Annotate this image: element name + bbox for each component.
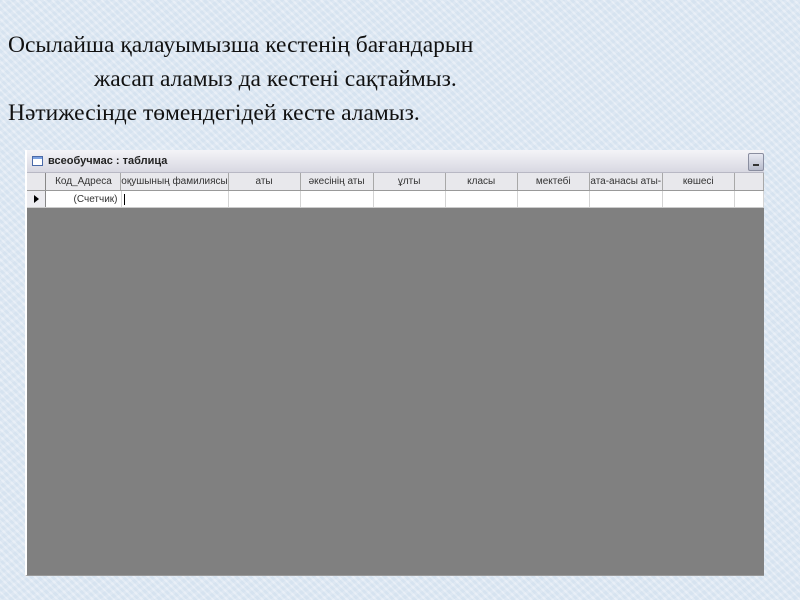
minimize-button[interactable] <box>748 153 764 171</box>
column-header-patronymic[interactable]: әкесінің аты <box>301 173 374 190</box>
window-titlebar[interactable]: всеобучмас : таблица <box>27 150 764 173</box>
column-header-class[interactable]: класы <box>446 173 518 190</box>
cell-parents-name[interactable] <box>590 191 663 207</box>
table-row[interactable]: (Счетчик) <box>27 191 764 208</box>
column-header-surname[interactable]: оқушының фамилиясы <box>121 173 228 190</box>
column-header-row: Код_Адреса оқушының фамилиясы аты әкесін… <box>27 173 764 191</box>
column-header-name[interactable]: аты <box>229 173 301 190</box>
cell-patronymic[interactable] <box>301 191 374 207</box>
caption-line-3: Нәтижесінде төмендегідей кесте аламыз. <box>8 96 708 130</box>
cell-name[interactable] <box>229 191 301 207</box>
cell-extra[interactable] <box>735 191 764 207</box>
caption-line-2: жасап аламыз да кестені сақтаймыз. <box>8 62 708 96</box>
column-header-extra[interactable] <box>735 173 764 190</box>
column-header-street[interactable]: көшесі <box>663 173 735 190</box>
cell-school[interactable] <box>518 191 590 207</box>
column-header-school[interactable]: мектебі <box>518 173 590 190</box>
slide-caption: Осылайша қалауымызша кестенің бағандарын… <box>8 28 708 130</box>
cell-street[interactable] <box>663 191 735 207</box>
column-header-parents-name[interactable]: ата-анасы аты- <box>590 173 663 190</box>
caption-line-1: Осылайша қалауымызша кестенің бағандарын <box>8 28 708 62</box>
select-all-corner[interactable] <box>27 173 46 190</box>
current-record-arrow-icon <box>34 195 39 203</box>
table-window: всеобучмас : таблица Код_Адреса оқушының… <box>25 150 764 576</box>
window-title: всеобучмас : таблица <box>48 155 167 167</box>
record-selector[interactable] <box>27 191 46 207</box>
datasheet-grid: Код_Адреса оқушының фамилиясы аты әкесін… <box>27 173 764 208</box>
table-icon <box>32 156 43 166</box>
cell-nationality[interactable] <box>374 191 446 207</box>
cell-surname[interactable] <box>122 191 229 207</box>
text-cursor <box>124 194 125 205</box>
cell-class[interactable] <box>446 191 518 207</box>
column-header-nationality[interactable]: ұлты <box>374 173 446 190</box>
cell-kod-adresa[interactable]: (Счетчик) <box>46 191 121 207</box>
column-header-kod-adresa[interactable]: Код_Адреса <box>46 173 121 190</box>
